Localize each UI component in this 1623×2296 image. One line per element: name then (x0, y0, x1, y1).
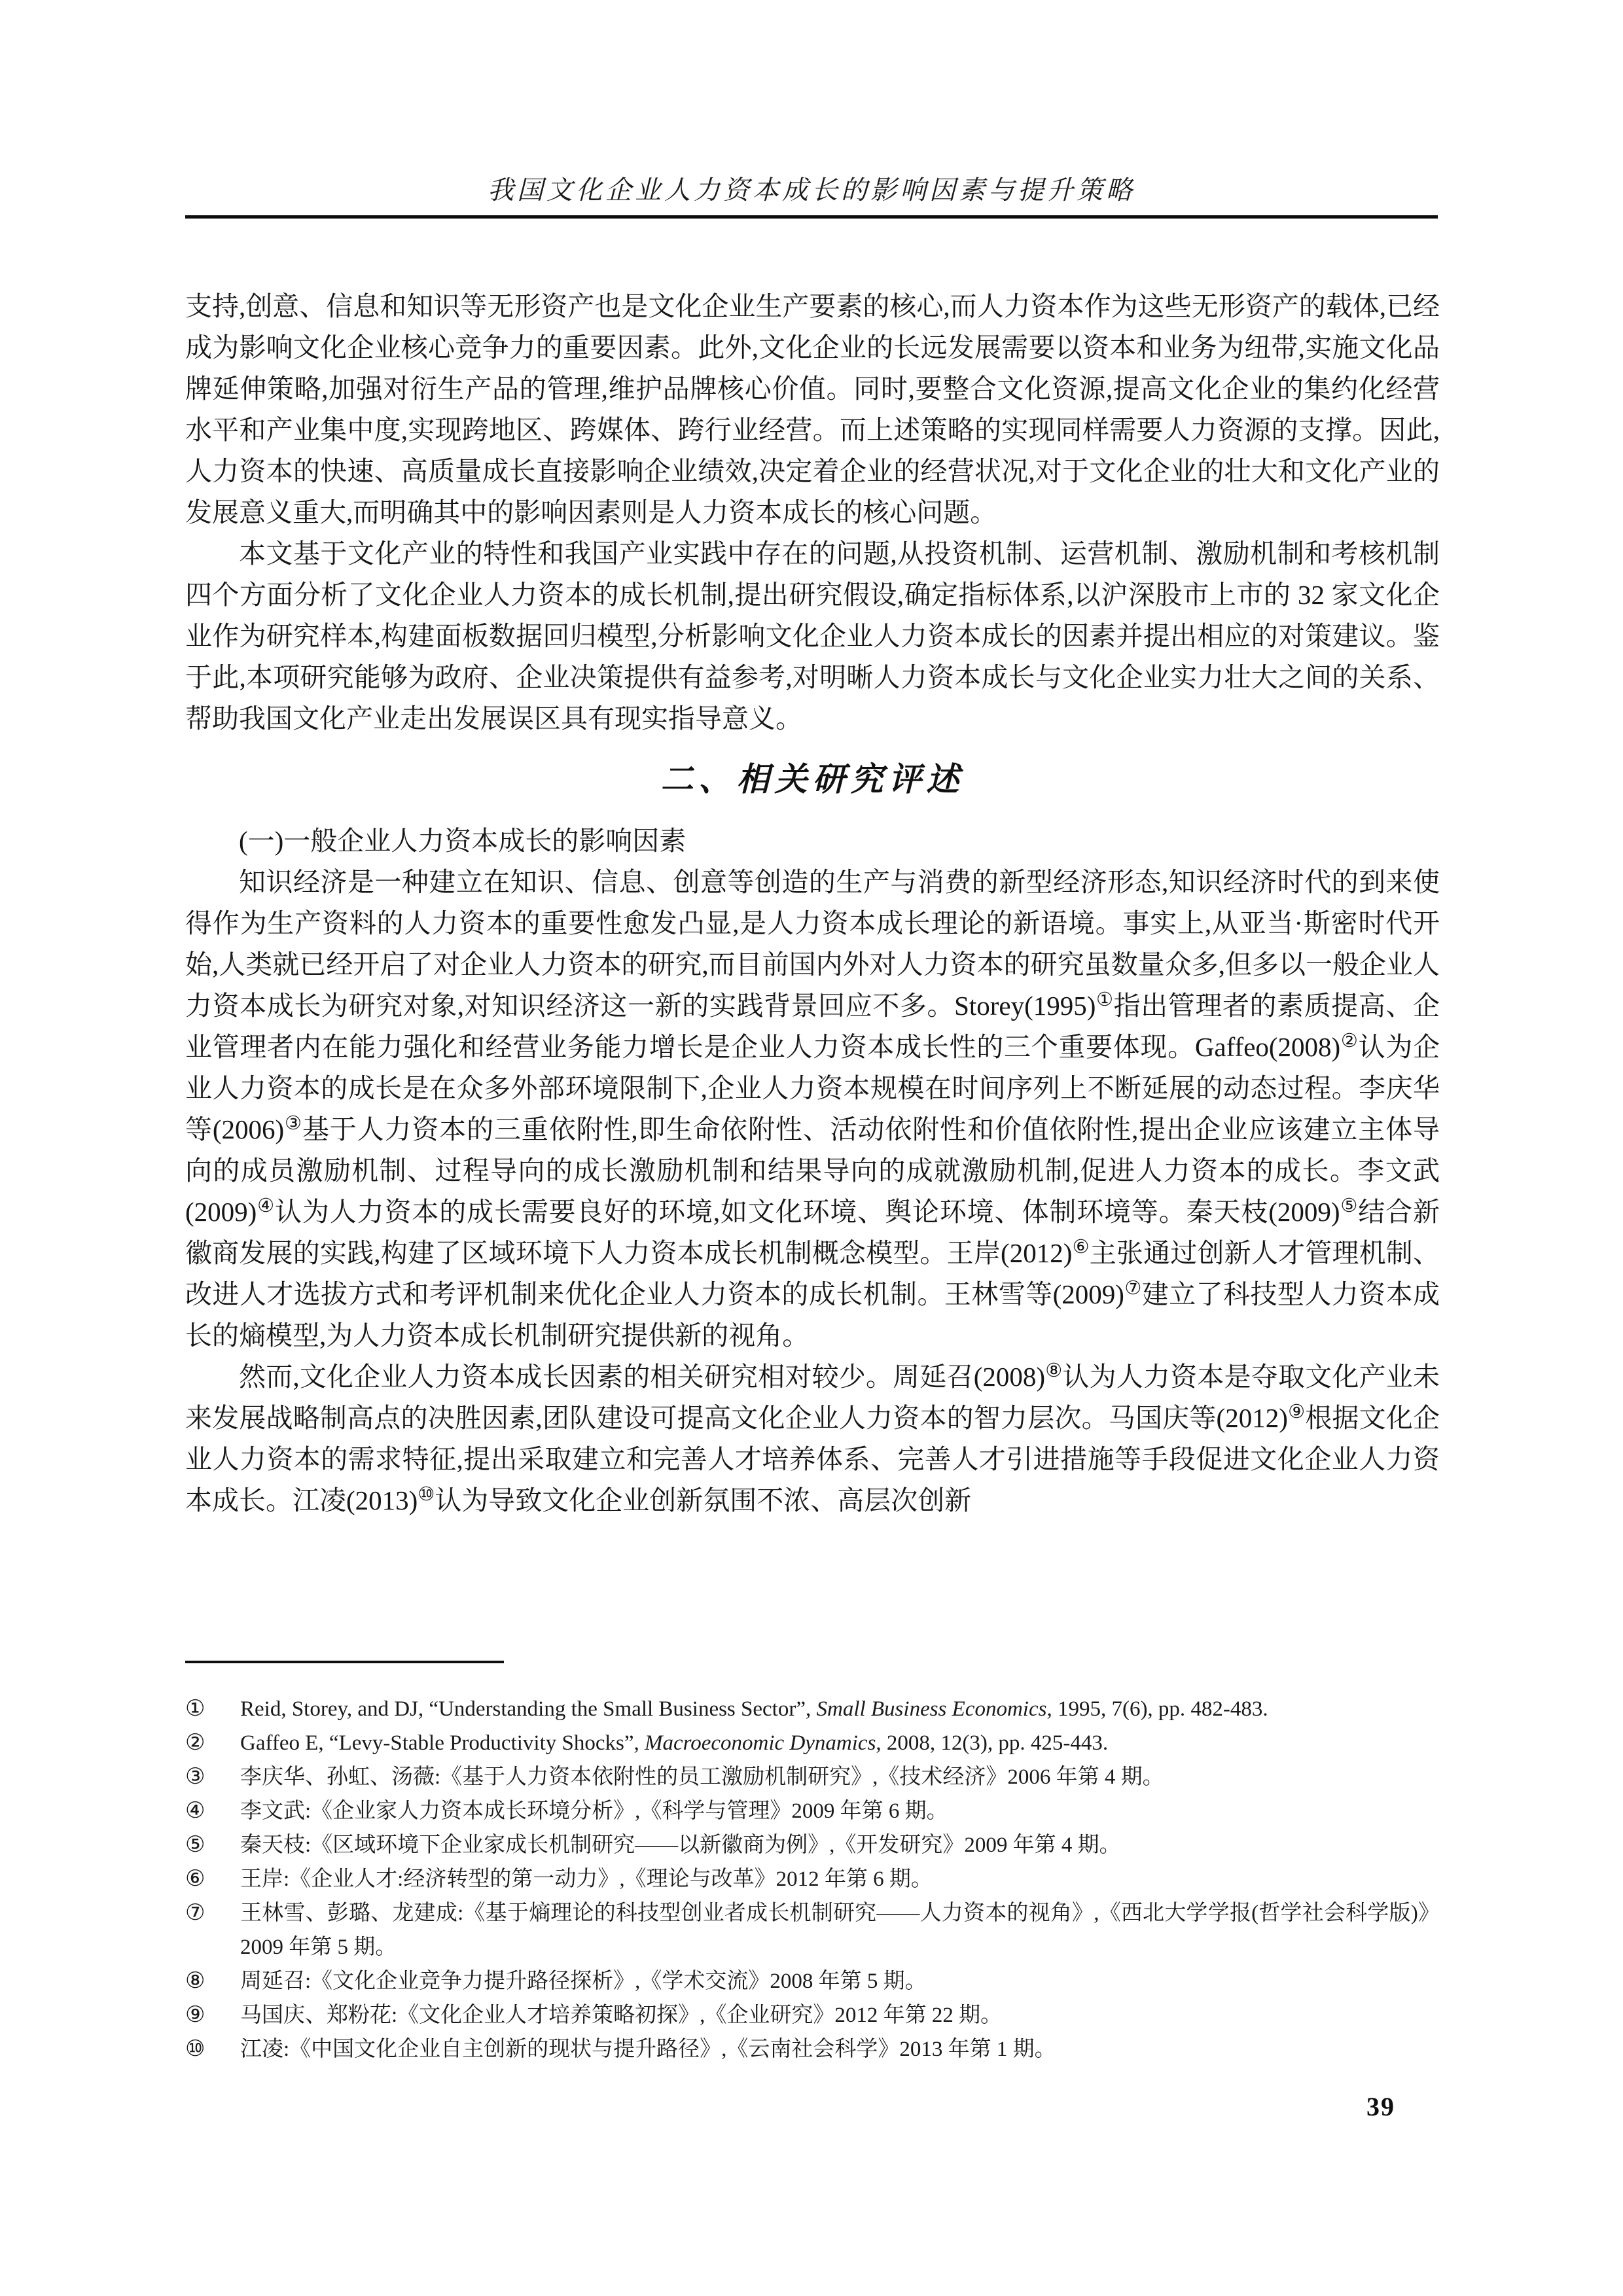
footnote-text: 王林雪、彭璐、龙建成:《基于熵理论的科技型创业者成长机制研究——人力资本的视角》… (240, 1896, 1440, 1964)
footnote-item: ② Gaffeo E, “Levy-Stable Productivity Sh… (185, 1726, 1440, 1760)
footnote-item: ⑨ 马国庆、郑粉花:《文化企业人才培养策略初探》,《企业研究》2012 年第 2… (185, 1998, 1440, 2032)
footnote-text: 周延召:《文化企业竞争力提升路径探析》,《学术交流》2008 年第 5 期。 (240, 1964, 1440, 1998)
footnote-item: ⑤ 秦天枝:《区域环境下企业家成长机制研究——以新徽商为例》,《开发研究》200… (185, 1828, 1440, 1862)
footnote-item: ⑩ 江凌:《中国文化企业自主创新的现状与提升路径》,《云南社会科学》2013 年… (185, 2032, 1440, 2066)
footnote-text: 王岸:《企业人才:经济转型的第一动力》,《理论与改革》2012 年第 6 期。 (240, 1862, 1440, 1896)
footnote-marker: ② (185, 1726, 240, 1760)
footnotes-section: ① Reid, Storey, and DJ, “Understanding t… (185, 1661, 1440, 2066)
paragraph-3: 知识经济是一种建立在知识、信息、创意等创造的生产与消费的新型经济形态,知识经济时… (185, 862, 1440, 1356)
footnote-marker: ⑥ (185, 1862, 240, 1896)
footnote-item: ① Reid, Storey, and DJ, “Understanding t… (185, 1692, 1440, 1726)
footnote-item: ⑧ 周延召:《文化企业竞争力提升路径探析》,《学术交流》2008 年第 5 期。 (185, 1964, 1440, 1998)
footnote-marker: ⑤ (185, 1828, 240, 1862)
footnote-marker: ④ (185, 1794, 240, 1828)
section-heading: 二、相关研究评述 (185, 756, 1440, 802)
footnote-text: Gaffeo E, “Levy-Stable Productivity Shoc… (240, 1726, 1440, 1760)
footnote-text: Reid, Storey, and DJ, “Understanding the… (240, 1692, 1440, 1726)
footnote-text: 马国庆、郑粉花:《文化企业人才培养策略初探》,《企业研究》2012 年第 22 … (240, 1998, 1440, 2032)
footnote-item: ⑥ 王岸:《企业人才:经济转型的第一动力》,《理论与改革》2012 年第 6 期… (185, 1862, 1440, 1896)
footnote-text: 李文武:《企业家人力资本成长环境分析》,《科学与管理》2009 年第 6 期。 (240, 1794, 1440, 1828)
paragraph-2: 本文基于文化产业的特性和我国产业实践中存在的问题,从投资机制、运营机制、激励机制… (185, 533, 1440, 739)
footnote-marker: ⑧ (185, 1964, 240, 1998)
footnote-marker: ① (185, 1692, 240, 1726)
footnote-item: ④ 李文武:《企业家人力资本成长环境分析》,《科学与管理》2009 年第 6 期… (185, 1794, 1440, 1828)
footnote-item: ③ 李庆华、孙虹、汤薇:《基于人力资本依附性的员工激励机制研究》,《技术经济》2… (185, 1760, 1440, 1794)
footnote-marker: ③ (185, 1760, 240, 1794)
footnote-marker: ⑨ (185, 1998, 240, 2032)
paragraph-4: 然而,文化企业人力资本成长因素的相关研究相对较少。周延召(2008)⑧认为人力资… (185, 1356, 1440, 1521)
body-text-column: 支持,创意、信息和知识等无形资产也是文化企业生产要素的核心,而人力资本作为这些无… (185, 286, 1440, 1521)
page-number: 39 (1366, 2091, 1395, 2122)
footnote-separator (185, 1661, 504, 1663)
subsection-heading: (一)一般企业人力资本成长的影响因素 (185, 821, 1440, 862)
page-title: 我国文化企业人力资本成长的影响因素与提升策略 (185, 172, 1438, 209)
footnote-text: 李庆华、孙虹、汤薇:《基于人力资本依附性的员工激励机制研究》,《技术经济》200… (240, 1760, 1440, 1794)
footnote-marker: ⑦ (185, 1896, 240, 1930)
footnote-item: ⑦ 王林雪、彭璐、龙建成:《基于熵理论的科技型创业者成长机制研究——人力资本的视… (185, 1896, 1440, 1964)
footnote-marker: ⑩ (185, 2032, 240, 2066)
header-rule (185, 215, 1438, 219)
paper-page: 我国文化企业人力资本成长的影响因素与提升策略 支持,创意、信息和知识等无形资产也… (0, 0, 1623, 2296)
footnote-text: 江凌:《中国文化企业自主创新的现状与提升路径》,《云南社会科学》2013 年第 … (240, 2032, 1440, 2066)
paragraph-1: 支持,创意、信息和知识等无形资产也是文化企业生产要素的核心,而人力资本作为这些无… (185, 286, 1440, 533)
footnote-text: 秦天枝:《区域环境下企业家成长机制研究——以新徽商为例》,《开发研究》2009 … (240, 1828, 1440, 1862)
